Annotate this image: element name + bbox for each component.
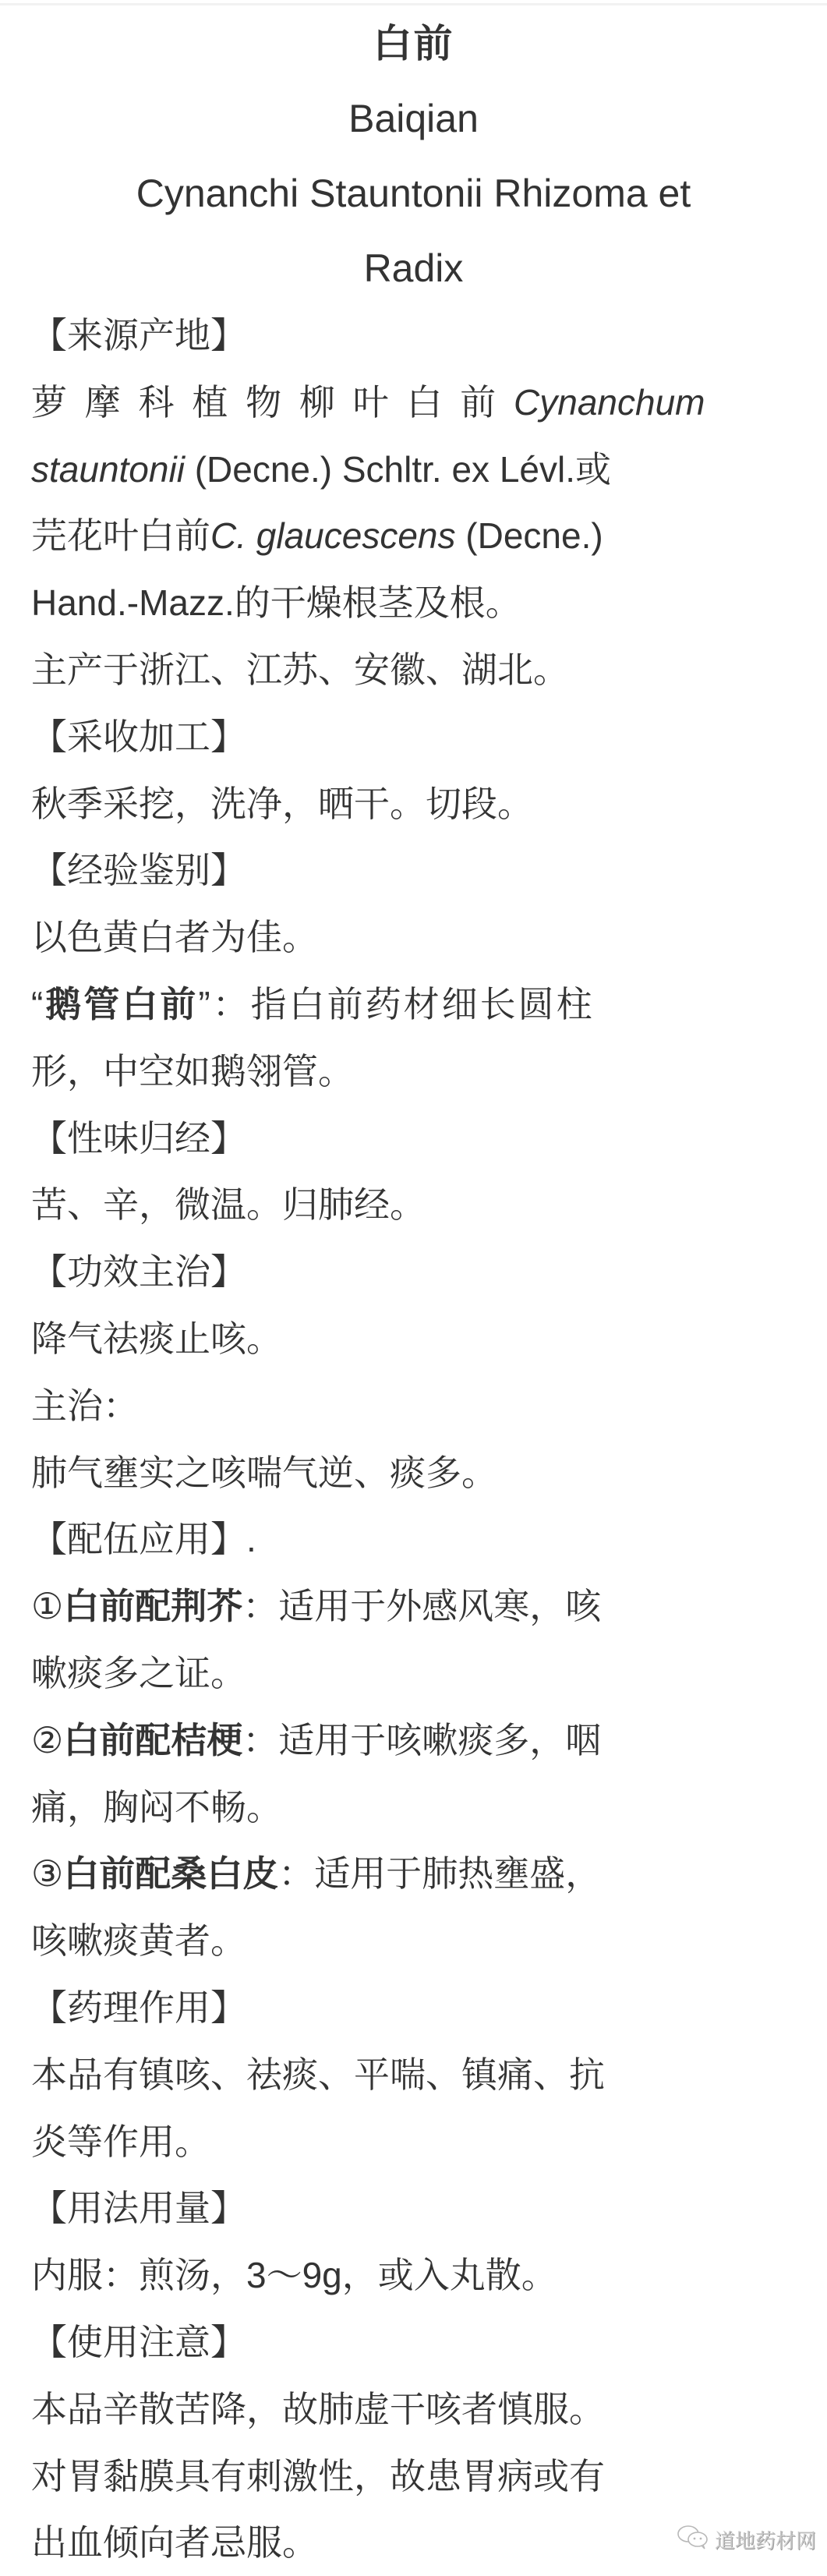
combination-item-2: ②白前配桔梗：适用于咳嗽痰多，咽 [31, 1707, 799, 1775]
indications-label: 主治： [31, 1373, 799, 1440]
title-chinese: 白前 [0, 6, 827, 81]
article-header: 白前 Baiqian Cynanchi Stauntonii Rhizoma e… [0, 6, 827, 306]
item-marker-3: ③ [31, 1853, 63, 1894]
source-species: stauntonii [31, 449, 185, 490]
combination-desc-3a: ：适用于肺热壅盛， [278, 1853, 601, 1894]
combination-pair-2: 白前配桔梗 [63, 1720, 242, 1760]
section-heading-pharmacology: 【药理作用】 [31, 1975, 799, 2042]
source-authority: (Decne.) Schltr. ex Lévl.或 [185, 449, 611, 490]
section-heading-nature: 【性味归经】 [31, 1106, 799, 1173]
caution-line-2: 对胃黏膜具有刺激性，故患胃病或有 [31, 2443, 799, 2511]
combination-desc-3b: 咳嗽痰黄者。 [31, 1908, 799, 1975]
source-line-3: 芫花叶白前C. glaucescens (Decne.) [31, 503, 799, 570]
dosage-text: 内服：煎汤，3～9g，或入丸散。 [31, 2242, 799, 2309]
source-line-4: Hand.-Mazz.的干燥根茎及根。 [31, 570, 799, 637]
source-watermark: 道地药材网 [676, 2523, 816, 2557]
combination-desc-2a: ：适用于咳嗽痰多，咽 [242, 1720, 601, 1760]
combination-item-1: ①白前配荆芥：适用于外感风寒，咳 [31, 1573, 799, 1640]
source-origin: 主产于浙江、江苏、安徽、湖北。 [31, 637, 799, 704]
article-body: 【来源产地】 萝 摩 科 植 物 柳 叶 白 前 Cynanchum staun… [31, 303, 799, 2576]
title-latin-line2: Radix [0, 231, 827, 306]
pharmacology-line-1: 本品有镇咳、祛痰、平喘、镇痛、抗 [31, 2042, 799, 2109]
watermark-text: 道地药材网 [715, 2525, 816, 2554]
title-pinyin: Baiqian [0, 81, 827, 156]
efficacy-text: 降气祛痰止咳。 [31, 1306, 799, 1373]
source-line-2: stauntonii (Decne.) Schltr. ex Lévl.或 [31, 437, 799, 504]
combination-pair-1: 白前配荆芥 [63, 1586, 242, 1626]
identification-line-2: “鹅管白前”：指白前药材细长圆柱 [31, 971, 799, 1039]
section-heading-caution: 【使用注意】 [31, 2309, 799, 2376]
item-marker-2: ② [31, 1720, 63, 1760]
identification-line-1: 以色黄白者为佳。 [31, 904, 799, 971]
source-line-1: 萝 摩 科 植 物 柳 叶 白 前 Cynanchum [31, 370, 799, 437]
combination-desc-1a: ：适用于外感风寒，咳 [242, 1586, 601, 1626]
identification-line-3: 形，中空如鹅翎管。 [31, 1039, 799, 1106]
section-heading-efficacy: 【功效主治】 [31, 1239, 799, 1306]
combination-item-3: ③白前配桑白皮：适用于肺热壅盛， [31, 1841, 799, 1908]
wechat-icon [676, 2523, 710, 2557]
section-heading-harvest: 【采收加工】 [31, 704, 799, 771]
item-marker-1: ① [31, 1586, 63, 1626]
source-alt-species: C. glaucescens [210, 515, 456, 556]
source-alt-authority: (Decne.) [456, 515, 603, 556]
combination-desc-1b: 嗽痰多之证。 [31, 1640, 799, 1707]
source-genus: Cynanchum [514, 382, 705, 423]
term-goose-tube-baiqian: 鹅管白前 [45, 984, 198, 1024]
identification-definition: ”：指白前药材细长圆柱 [198, 984, 594, 1024]
section-heading-dosage: 【用法用量】 [31, 2175, 799, 2242]
combination-desc-2b: 痛，胸闷不畅。 [31, 1775, 799, 1842]
section-heading-identification: 【经验鉴别】 [31, 837, 799, 904]
combination-pair-3: 白前配桑白皮 [63, 1853, 278, 1894]
section-heading-source: 【来源产地】 [31, 303, 799, 370]
indications-text: 肺气壅实之咳喘气逆、痰多。 [31, 1440, 799, 1507]
harvest-text: 秋季采挖，洗净，晒干。切段。 [31, 771, 799, 838]
pharmacology-line-2: 炎等作用。 [31, 2109, 799, 2176]
caution-line-1: 本品辛散苦降，故肺虚干咳者慎服。 [31, 2376, 799, 2443]
source-alt-plant-cn: 芫花叶白前 [31, 515, 210, 556]
nature-text: 苦、辛，微温。归肺经。 [31, 1172, 799, 1239]
top-divider [0, 3, 827, 5]
title-latin-line1: Cynanchi Stauntonii Rhizoma et [0, 156, 827, 231]
open-quote: “ [31, 984, 45, 1024]
source-plant-cn: 萝 摩 科 植 物 柳 叶 白 前 [31, 382, 514, 423]
section-heading-combination: 【配伍应用】. [31, 1506, 799, 1573]
